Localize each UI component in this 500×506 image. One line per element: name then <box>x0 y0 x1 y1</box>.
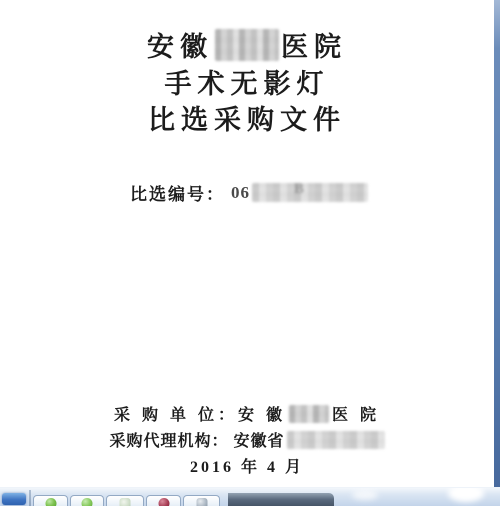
date-line: 2016 年 4 月 <box>0 454 494 477</box>
reference-blur-hint: B <box>294 181 304 198</box>
purchaser-suffix: 医 院 <box>332 402 380 425</box>
title-line3-text: 比选采购文件 <box>148 98 346 137</box>
redacted-blur-title <box>215 29 279 61</box>
agency-label-prefix: 采购代理机构： 安徽省 <box>109 428 284 451</box>
title-line-3: 比选采购文件 <box>0 98 494 137</box>
pale-app-icon <box>120 498 131 506</box>
green-swirl-app-icon <box>45 498 56 506</box>
taskbar[interactable] <box>0 487 500 506</box>
window-edge-strip <box>494 0 500 487</box>
taskbar-button-2[interactable] <box>70 495 104 506</box>
glare-blob <box>448 487 484 502</box>
red-app-icon <box>158 498 169 506</box>
reference-label: 比选编号： <box>130 180 225 205</box>
taskbar-button-4[interactable] <box>146 495 181 506</box>
taskbar-dark-segment[interactable] <box>228 493 334 506</box>
green-app-icon <box>82 498 93 506</box>
glare-blob <box>352 490 378 500</box>
title-line1-suffix: 医院 <box>281 25 347 64</box>
title-line1-prefix: 安徽 <box>147 25 213 64</box>
agency-line: 采购代理机构： 安徽省 <box>0 428 494 451</box>
redacted-blur-agency <box>287 431 385 449</box>
document-page: 安徽医院 手术无影灯 比选采购文件 比选编号：06B 采 购 单 位：安 徽医 … <box>0 0 494 487</box>
taskbar-button-1[interactable] <box>33 495 68 506</box>
purchaser-line: 采 购 单 位：安 徽医 院 <box>0 402 494 425</box>
start-fragment-icon[interactable] <box>2 493 26 505</box>
title-line-1: 安徽医院 <box>0 25 494 64</box>
gray-app-icon <box>196 498 207 506</box>
title-line-2: 手术无影灯 <box>0 62 494 101</box>
screen: 安徽医院 手术无影灯 比选采购文件 比选编号：06B 采 购 单 位：安 徽医 … <box>0 0 500 506</box>
redacted-blur-purchaser <box>289 405 329 423</box>
taskbar-divider <box>29 490 31 506</box>
purchaser-label-prefix: 采 购 单 位：安 徽 <box>114 402 286 425</box>
date-text: 2016 年 4 月 <box>190 454 304 477</box>
reference-number-line: 比选编号：06B <box>130 180 368 205</box>
redacted-blur-reference: B <box>252 183 368 202</box>
title-line2-text: 手术无影灯 <box>165 62 330 101</box>
taskbar-button-5[interactable] <box>183 495 220 506</box>
reference-number-visible: 06 <box>231 183 250 203</box>
taskbar-button-3[interactable] <box>106 495 144 506</box>
